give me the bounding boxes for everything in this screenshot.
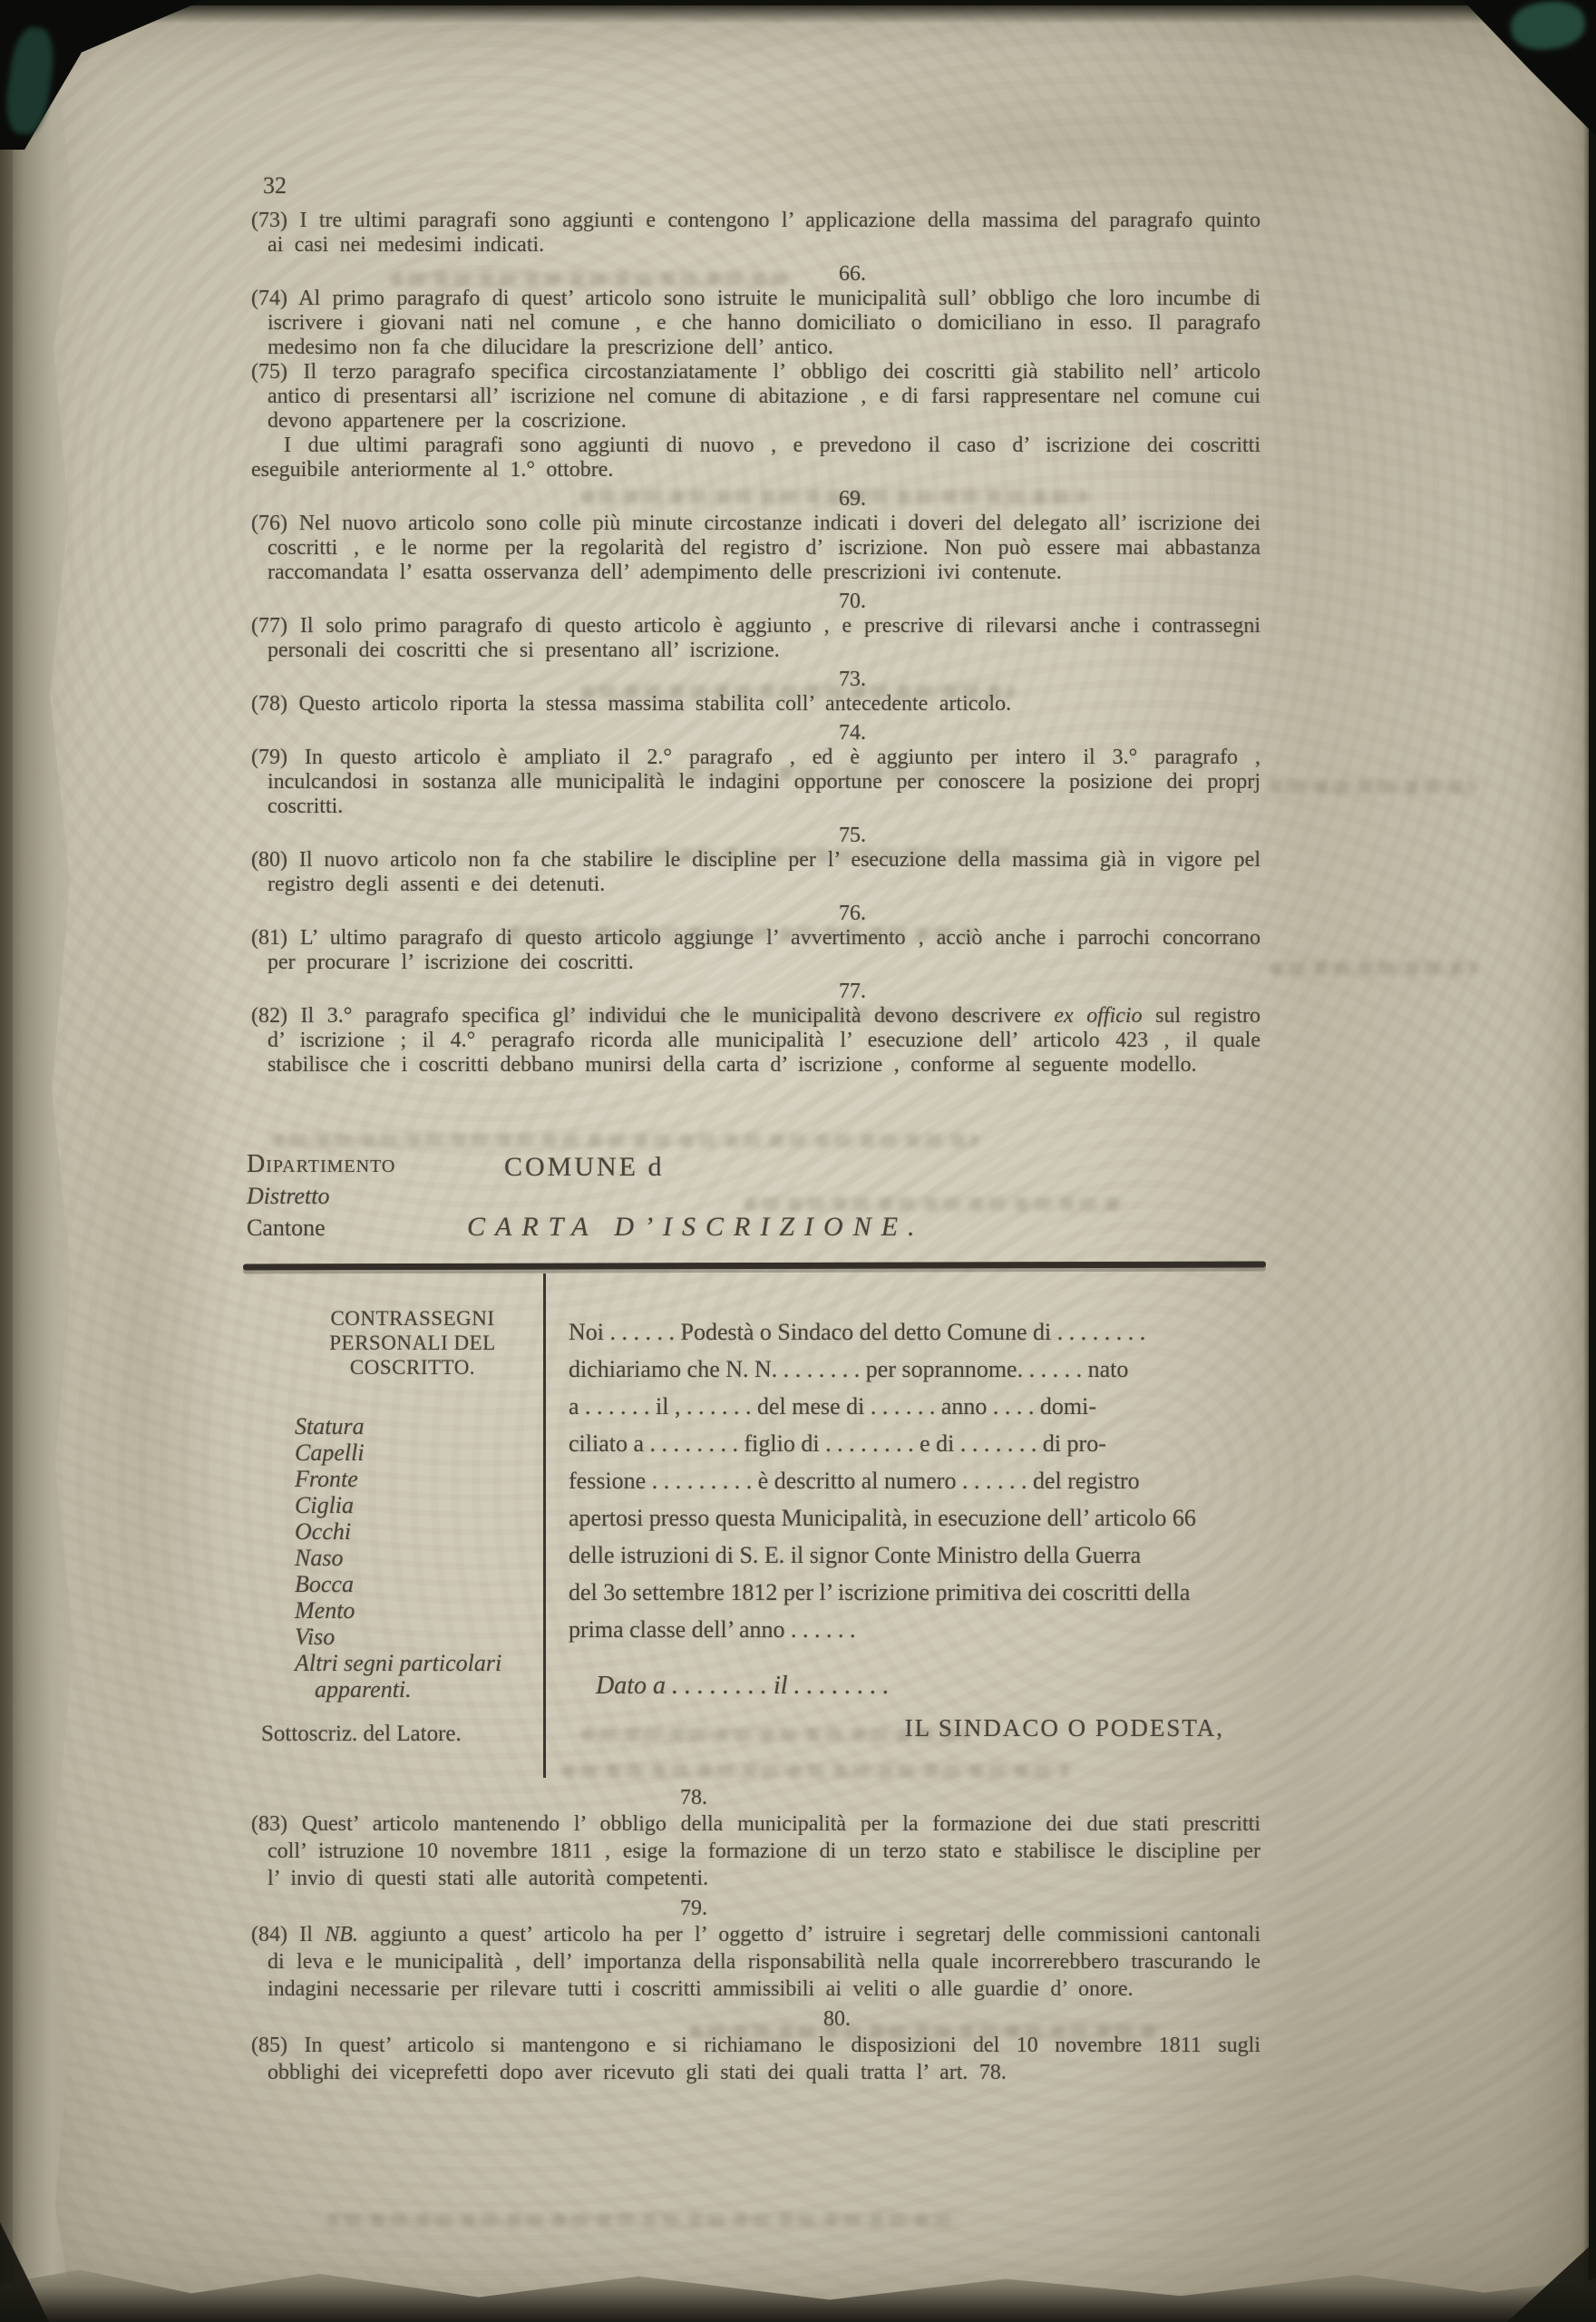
note-73-text: I tre ultimi paragrafi sono aggiunti e c… [268,209,1260,257]
note-77-label: (77) [251,614,287,638]
note-74: (74) Al primo paragrafo di quest’ artico… [251,287,1260,360]
scanned-page: 32 (73) I tre ultimi paragrafi sono aggi… [0,0,1596,2322]
trait-occhi: Occhi [295,1518,532,1545]
note-74-label: (74) [251,287,287,310]
note-83-text: Quest’ articolo mantenendo l’ obbligo de… [268,1812,1260,1890]
carta-line: a . . . . . . il , . . . . . . del mese … [569,1388,1274,1425]
note-84-italic: NB. [325,1923,358,1946]
comune-heading: COMUNE d [504,1152,665,1183]
article-number-76: 76. [251,902,1260,925]
note-82-label: (82) [251,1004,287,1028]
note-84: (84) Il NB. aggiunto a quest’ articolo h… [251,1921,1260,2003]
note-82-text-before: Il 3.° paragrafo specifica gl’ individui… [301,1004,1055,1028]
note-81-text: L’ ultimo paragrafo di questo articolo a… [268,926,1260,974]
note-85-label: (85) [251,2034,287,2057]
article-number-80: 80. [251,2008,1260,2031]
note-79: (79) In questo articolo è ampliato il 2.… [251,746,1260,819]
note-85: (85) In quest’ articolo si mantengono e … [251,2032,1260,2086]
traits-list: Statura Capelli Fronte Ciglia Occhi Naso… [295,1413,532,1702]
form-header-left: Dipartimento Distretto Cantone [247,1148,395,1244]
note-84-label: (84) [251,1923,287,1946]
carta-line: dichiariamo che N. N. . . . . . . . per … [569,1351,1274,1388]
carta-body: Noi . . . . . . Podestà o Sindaco del de… [569,1313,1274,1701]
note-81: (81) L’ ultimo paragrafo di questo artic… [251,926,1260,975]
show-through-smudge [1270,961,1478,975]
show-through-smudge [272,1134,979,1147]
note-80-text: Il nuovo articolo non fa che stabilire l… [268,848,1260,896]
dipartimento-label: Dipartimento [247,1148,395,1180]
note-78: (78) Questo articolo riporta la stessa m… [251,692,1260,717]
trait-viso: Viso [295,1624,532,1650]
carta-line: del 3o settembre 1812 per l’ iscrizione … [569,1574,1274,1611]
note-81-label: (81) [251,926,287,950]
show-through-smudge [1270,780,1478,794]
trait-naso: Naso [295,1545,532,1571]
trait-statura: Statura [295,1413,532,1439]
article-number-73: 73. [251,668,1260,691]
note-76-text: Nel nuovo articolo sono colle più minute… [268,512,1260,584]
cantone-label: Cantone [247,1212,395,1244]
dato-line: Dato a . . . . . . . . il . . . . . . . … [569,1672,1274,1701]
annotations-bottom: IL SINDACO O PODESTA, 78. (83) Quest’ ar… [251,1714,1260,2086]
note-78-label: (78) [251,692,287,716]
carta-line: ciliato a . . . . . . . . figlio di . . … [569,1425,1274,1462]
note-80: (80) Il nuovo articolo non fa che stabil… [251,848,1260,897]
trait-bocca: Bocca [295,1571,532,1597]
note-83: (83) Quest’ articolo mantenendo l’ obbli… [251,1810,1260,1892]
carta-iscrizione-title: CARTA D’ISCRIZIONE. [467,1212,925,1243]
trait-fronte: Fronte [295,1466,532,1492]
article-number-77: 77. [251,981,1260,1003]
note-82-italic: ex officio [1054,1004,1142,1028]
carta-line: Noi . . . . . . Podestà o Sindaco del de… [569,1313,1274,1351]
article-number-70: 70. [251,590,1260,613]
trait-altri-segni: Altri segni particolari apparenti. [295,1650,532,1702]
carta-line: prima classe dell’ anno . . . . . . [569,1611,1274,1648]
trait-mento: Mento [295,1597,532,1624]
dark-right-edge [1583,0,1596,2322]
note-82: (82) Il 3.° paragrafo specifica gl’ indi… [251,1004,1260,1078]
carta-line: apertosi presso questa Municipalità, in … [569,1499,1274,1537]
article-number-66: 66. [251,263,1260,286]
note-78-text: Questo articolo riporta la stessa massim… [298,692,1011,716]
article-number-75: 75. [251,824,1260,847]
note-77-text: Il solo primo paragrafo di questo artico… [268,614,1260,662]
note-73: (73) I tre ultimi paragrafi sono aggiunt… [251,209,1260,258]
note-76: (76) Nel nuovo articolo sono colle più m… [251,512,1260,585]
note-84-text-before: Il [299,1923,325,1946]
carta-line: delle istruzioni di S. E. il signor Cont… [569,1537,1274,1574]
article-number-79: 79. [251,1898,1260,1920]
note-76-label: (76) [251,512,287,535]
note-84-text-after: aggiunto a quest’ articolo ha per l’ ogg… [268,1923,1260,2001]
note-75-text: Il terzo paragrafo specifica circostanzi… [268,360,1260,433]
show-through-smudge [744,1197,1124,1211]
article-number-69: 69. [251,488,1260,511]
note-75-continuation: I due ultimi paragrafi sono aggiunti di … [251,434,1260,483]
note-80-label: (80) [251,848,287,872]
note-83-label: (83) [251,1812,287,1836]
sindaco-signature-line: IL SINDACO O PODESTA, [251,1714,1260,1741]
article-number-78: 78. [251,1787,1260,1810]
trait-capelli: Capelli [295,1439,532,1466]
note-73-label: (73) [251,209,287,232]
carta-line: fessione . . . . . . . . . è descritto a… [569,1462,1274,1499]
dark-top-edge [0,0,1596,24]
note-74-text: Al primo paragrafo di quest’ articolo so… [268,287,1260,359]
contrassegni-heading: CONTRASSEGNI PERSONALI DEL COSCRITTO. [299,1306,526,1380]
note-75-label: (75) [251,360,287,384]
note-85-text: In quest’ articolo si mantengono e si ri… [268,2034,1260,2084]
trait-ciglia: Ciglia [295,1492,532,1518]
distretto-label: Distretto [247,1180,395,1212]
article-number-74: 74. [251,722,1260,745]
note-75: (75) Il terzo paragrafo specifica circos… [251,360,1260,434]
note-77: (77) Il solo primo paragrafo di questo a… [251,614,1260,663]
page-number: 32 [263,172,287,200]
note-79-text: In questo articolo è ampliato il 2.° par… [268,746,1260,818]
show-through-smudge [326,2213,961,2227]
form-column-divider [543,1273,546,1778]
annotations-top: (73) I tre ultimi paragrafi sono aggiunt… [251,209,1260,1078]
note-79-label: (79) [251,746,287,769]
